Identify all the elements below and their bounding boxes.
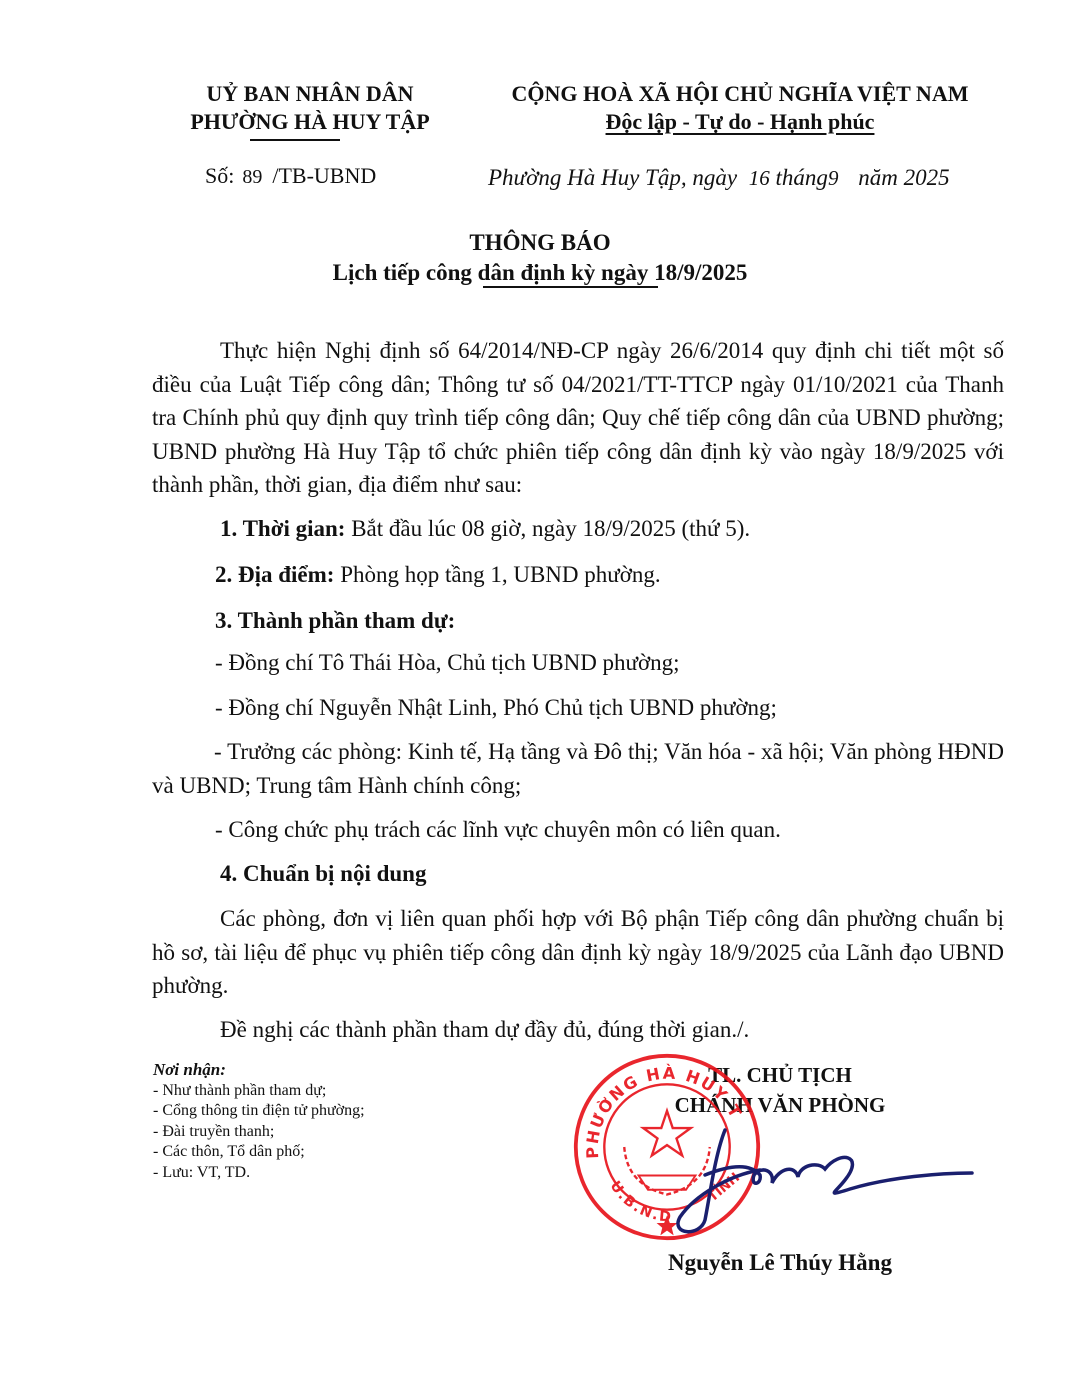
date-month-label: tháng <box>776 165 828 190</box>
section-preparation-label: 4. Chuẩn bị nội dung <box>220 857 1072 890</box>
attendee-item: - Trưởng các phòng: Kinh tế, Hạ tầng và … <box>152 735 1004 802</box>
intro-text: Thực hiện Nghị định số 64/2014/NĐ-CP ngà… <box>152 334 1004 502</box>
number-label: Số: <box>205 163 234 188</box>
recipient-item: - Lưu: VT, TD. <box>153 1163 365 1184</box>
intro-paragraph: Thực hiện Nghị định số 64/2014/NĐ-CP ngà… <box>152 334 1004 502</box>
handwritten-signature-icon <box>650 1125 980 1240</box>
attendee-item: - Đồng chí Nguyễn Nhật Linh, Phó Chủ tịc… <box>215 691 1067 724</box>
agency-line-2: PHƯỜNG HÀ HUY TẬP <box>150 108 470 136</box>
motto: Độc lập - Tự do - Hạnh phúc <box>606 109 875 134</box>
section-time: 1. Thời gian: Bắt đầu lúc 08 giờ, ngày 1… <box>220 512 1072 545</box>
section-location-text: Phòng họp tầng 1, UBND phường. <box>334 562 660 587</box>
section-location: 2. Địa điểm: Phòng họp tầng 1, UBND phườ… <box>215 558 1067 591</box>
date-year: 2025 <box>904 165 950 190</box>
recipients-block: Nơi nhận: - Như thành phần tham dự; - Cổ… <box>153 1060 365 1183</box>
section-location-label: 2. Địa điểm: <box>215 562 334 587</box>
preparation-paragraph: Các phòng, đơn vị liên quan phối hợp với… <box>152 902 1004 1003</box>
recipient-item: - Các thôn, Tổ dân phố; <box>153 1142 365 1163</box>
date-year-label: năm <box>858 165 898 190</box>
section-attendees-label: 3. Thành phần tham dự: <box>215 604 1067 637</box>
agency-line-1: UỶ BAN NHÂN DÂN <box>150 80 470 108</box>
attendee-item: - Đồng chí Tô Thái Hòa, Chủ tịch UBND ph… <box>215 646 1067 679</box>
date-month: 9 <box>828 166 839 190</box>
recipient-item: - Đài truyền thanh; <box>153 1122 365 1143</box>
document-date: Phường Hà Huy Tập, ngày 16 tháng9 năm 20… <box>488 165 950 191</box>
date-prefix: Phường Hà Huy Tập, ngày <box>488 165 737 190</box>
number-suffix: /TB-UBND <box>272 163 376 188</box>
recipients-heading: Nơi nhận: <box>153 1060 365 1081</box>
title-subtitle: Lịch tiếp công dân định kỳ ngày 18/9/202… <box>0 258 1080 288</box>
closing-text: Đề nghị các thành phần tham dự đầy đủ, đ… <box>220 1013 1072 1046</box>
preparation-text: Các phòng, đơn vị liên quan phối hợp với… <box>152 902 1004 1003</box>
agency-divider <box>250 139 340 141</box>
attendee-item: - Công chức phụ trách các lĩnh vực chuyê… <box>215 813 1067 846</box>
agency-block: UỶ BAN NHÂN DÂN PHƯỜNG HÀ HUY TẬP <box>150 80 470 136</box>
title-main: THÔNG BÁO <box>0 228 1080 258</box>
number-value: 89 <box>242 166 262 188</box>
signatory-name: Nguyễn Lê Thúy Hằng <box>575 1250 985 1276</box>
date-day: 16 <box>749 166 770 190</box>
section-time-label: 1. Thời gian: <box>220 516 345 541</box>
recipient-item: - Cổng thông tin điện tử phường; <box>153 1101 365 1122</box>
country-name: CỘNG HOÀ XÃ HỘI CHỦ NGHĨA VIỆT NAM <box>475 80 1005 108</box>
attendee-item-text: - Trưởng các phòng: Kinh tế, Hạ tầng và … <box>152 735 1004 802</box>
recipient-item: - Như thành phần tham dự; <box>153 1081 365 1102</box>
document-title: THÔNG BÁO Lịch tiếp công dân định kỳ ngà… <box>0 228 1080 288</box>
document-number: Số:89/TB-UBND <box>205 163 376 189</box>
title-divider <box>483 286 658 288</box>
section-time-text: Bắt đầu lúc 08 giờ, ngày 18/9/2025 (thứ … <box>345 516 750 541</box>
national-header: CỘNG HOÀ XÃ HỘI CHỦ NGHĨA VIỆT NAM Độc l… <box>475 80 1005 136</box>
